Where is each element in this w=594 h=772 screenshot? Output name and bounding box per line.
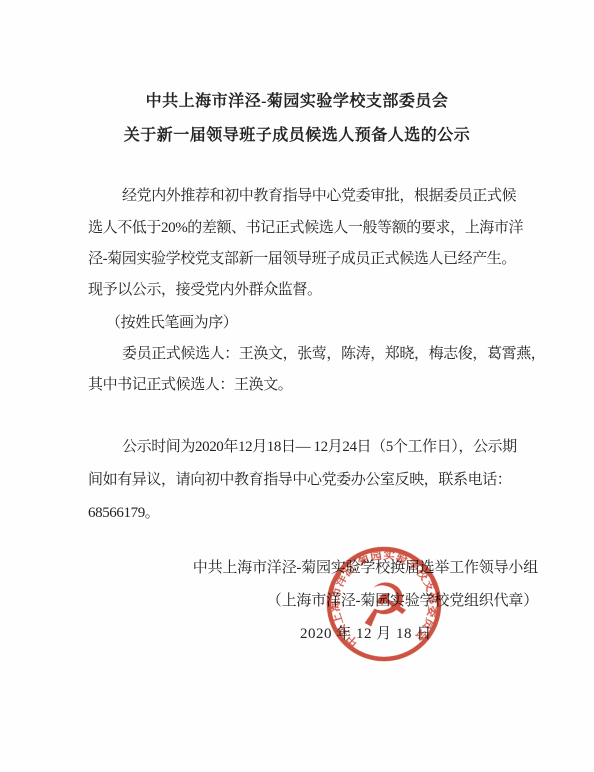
signature-date: 2020 年 12 月 18 日 xyxy=(300,622,432,643)
signature-seal-note: （上海市洋泾-菊园实验学校党组织代章） xyxy=(267,589,538,610)
signature-organization: 中共上海市洋泾-菊园实验学校换届选举工作领导小组 xyxy=(193,556,538,577)
body-line-publicity-period: 公示时间为2020年12月18日— 12月24日（5个工作日），公示期 xyxy=(122,435,517,456)
body-line-phone-number: 68566179。 xyxy=(88,501,159,522)
body-line: 现予以公示，接受党内外群众监督。 xyxy=(88,278,322,299)
document-title-line1: 中共上海市洋泾-菊园实验学校支部委员会 xyxy=(0,88,594,111)
body-line: 选人不低于20%的差额、书记正式候选人一般等额的要求，上海市洋 xyxy=(88,216,523,237)
body-line-candidates: 委员正式候选人：王涣文，张莺，陈涛，郑晓，梅志俊，葛霄燕， xyxy=(122,342,545,363)
body-line-contact: 间如有异议，请向初中教育指导中心党委办公室反映，联系电话： xyxy=(88,468,511,489)
scanned-document-page: 中共上海市洋泾-菊园实验学校支部委员会 关于新一届领导班子成员候选人预备人选的公… xyxy=(0,0,594,772)
body-line-sort-note: （按姓氏笔画为序） xyxy=(106,311,237,332)
body-line-secretary-candidate: 其中书记正式候选人：王涣文。 xyxy=(88,373,292,394)
document-title-line2: 关于新一届领导班子成员候选人预备人选的公示 xyxy=(0,122,594,145)
body-line: 经党内外推荐和初中教育指导中心党委审批，根据委员正式候 xyxy=(122,184,516,205)
body-line: 泾-菊园实验学校党支部新一届领导班子成员正式候选人已经产生。 xyxy=(88,247,516,268)
